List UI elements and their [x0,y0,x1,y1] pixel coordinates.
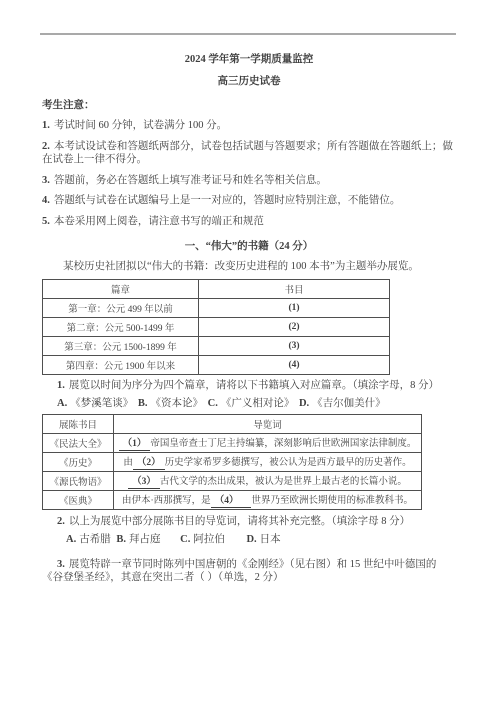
guide-caption-4: 由伊本·西那撰写，是（4）世界乃至欧洲长期使用的标准教科书。 [114,490,422,509]
chapter-4-label: 第四章：公元 1900 年以来 [43,355,199,374]
guide-table-row-1: 《民法大全》 （1）帝国皇帝查士丁尼主持编纂，深刻影响后世欧洲国家法律制度。 [43,433,422,452]
notice-item-2-number: 2. [42,141,50,152]
question-1-option-d: D.《吉尔伽美什》 [299,397,386,411]
question-2-option-b: B.拜占庭 [116,533,160,547]
guide-table-row-2: 《历史》 由（2）历史学家希罗多德撰写，被公认为是西方最早的历史著作。 [43,452,422,471]
chapters-table: 篇章 书目 第一章：公元 499 年以前 (1) 第二章：公元 500-1499… [42,279,390,375]
question-1-number: 1. [57,380,65,391]
guide-caption-1: （1）帝国皇帝查士丁尼主持编纂，深刻影响后世欧洲国家法律制度。 [114,433,422,452]
guide-table-header-caption: 导览词 [114,414,422,433]
notice-item-3-number: 3. [42,175,50,186]
option-c-label: C. [180,534,190,545]
guide-caption-2-post: 历史学家希罗多德撰写，被公认为是西方最早的历史著作。 [165,458,412,468]
chapters-table-row-4: 第四章：公元 1900 年以来 (4) [43,355,390,374]
notice-item-1-text: 考试时间 60 分钟，试卷满分 100 分。 [54,120,227,131]
guide-book-4: 《医典》 [43,490,114,509]
guide-caption-1-post: 帝国皇帝查士丁尼主持编纂，深刻影响后世欧洲国家法律制度。 [150,439,416,449]
guide-table-row-3: 《源氏物语》 （3）古代文学的杰出成果，被认为是世界上最古老的长篇小说。 [43,471,422,490]
option-b-label: B. [138,398,148,409]
question-2-option-a: A.古希腊 [66,533,111,547]
option-b-label: B. [116,534,126,545]
guide-table: 展陈书目 导览词 《民法大全》 （1）帝国皇帝查士丁尼主持编纂，深刻影响后世欧洲… [42,414,422,510]
notice-item-1-number: 1. [42,120,50,131]
question-2-option-d: D.日本 [246,533,280,547]
chapter-1-slot: (1) [199,298,390,317]
notice-item-5-number: 5. [42,216,50,227]
notice-item-5-text: 本卷采用网上阅卷，请注意书写的端正和规范 [54,216,264,227]
notice-item-2: 2.本考试设试卷和答题纸两部分，试卷包括试题与答题要求；所有答题做在答题纸上；做… [42,140,456,167]
chapters-table-header-books: 书目 [199,279,390,298]
notice-item-3: 3.答题前，务必在答题纸上填写准考证号和姓名等相关信息。 [42,174,456,188]
chapter-3-label: 第三章：公元 1500-1899 年 [43,336,199,355]
option-a-label: A. [57,398,67,409]
guide-caption-3: （3）古代文学的杰出成果，被认为是世界上最古老的长篇小说。 [114,471,422,490]
header-divider-line [40,33,456,35]
guide-caption-1-blank: （1） [119,439,151,451]
option-d-text: 日本 [260,534,281,545]
guide-book-3: 《源氏物语》 [43,471,114,490]
notice-item-3-text: 答题前，务必在答题纸上填写准考证号和姓名等相关信息。 [54,175,327,186]
question-2-text: 以上为展览中部分展陈书目的导览词，请将其补充完整。（填涂字母 8 分） [69,516,410,527]
notice-item-4-text: 答题纸与试卷在试题编号上是一一对应的，答题时应特别注意，不能错位。 [54,195,401,206]
guide-caption-3-post: 古代文学的杰出成果，被认为是世界上最古老的长篇小说。 [160,477,407,487]
guide-book-2: 《历史》 [43,452,114,471]
guide-caption-4-post: 世界乃至欧洲长期使用的标准教科书。 [251,496,413,506]
question-1-options: A.《梦溪笔谈》 B.《资本论》 C.《广义相对论》 D.《吉尔伽美什》 [42,397,456,411]
question-1-option-a: A.《梦溪笔谈》 [57,397,133,411]
question-2-option-c: C.阿拉伯 [180,533,225,547]
notice-heading: 考生注意： [42,99,456,112]
chapter-2-label: 第二章：公元 500-1499 年 [43,317,199,336]
notice-item-4: 4.答题纸与试卷在试题编号上是一一对应的，答题时应特别注意，不能错位。 [42,194,456,208]
question-3-text: 展览特辟一章节同时陈列中国唐朝的《金刚经》（见右图）和 15 世纪中叶德国的《谷… [42,559,436,584]
option-c-label: C. [208,398,218,409]
notice-item-1: 1.考试时间 60 分钟，试卷满分 100 分。 [42,119,456,133]
guide-caption-2: 由（2）历史学家希罗多德撰写，被公认为是西方最早的历史著作。 [114,452,422,471]
option-b-text: 拜占庭 [129,534,161,545]
question-3-number: 3. [57,559,65,570]
notice-item-4-number: 4. [42,195,50,206]
guide-book-1: 《民法大全》 [43,433,114,452]
doc-title: 2024 学年第一学期质量监控 [42,53,456,66]
section-title: 一、“伟大”的书籍（24 分） [42,240,456,253]
doc-subtitle: 高三历史试卷 [42,75,456,88]
guide-table-header-book: 展陈书目 [43,414,114,433]
notice-item-2-text: 本考试设试卷和答题纸两部分，试卷包括试题与答题要求；所有答题做在答题纸上；做在试… [42,141,453,166]
exam-document-page: 2024 学年第一学期质量监控 高三历史试卷 考生注意： 1.考试时间 60 分… [0,0,500,707]
chapters-table-header-chapter: 篇章 [43,279,199,298]
option-d-label: D. [246,534,256,545]
chapters-table-row-1: 第一章：公元 499 年以前 (1) [43,298,390,317]
chapter-1-label: 第一章：公元 499 年以前 [43,298,199,317]
option-d-label: D. [299,398,309,409]
guide-caption-3-blank: （3） [128,477,160,489]
question-3: 3.展览特辟一章节同时陈列中国唐朝的《金刚经》（见右图）和 15 世纪中叶德国的… [42,558,456,585]
chapter-4-slot: (4) [199,355,390,374]
option-a-text: 古希腊 [79,534,111,545]
guide-caption-2-blank: （2） [133,458,165,470]
guide-caption-2-pre: 由 [123,458,133,468]
question-2-options: A.古希腊 B.拜占庭 C.阿拉伯 D.日本 [42,533,456,547]
document-content: 2024 学年第一学期质量监控 高三历史试卷 考生注意： 1.考试时间 60 分… [0,53,500,585]
section-intro: 某校历史社团拟以“伟大的书籍：改变历史进程的 100 本书”为主题举办展览。 [42,260,456,274]
chapters-table-header-row: 篇章 书目 [43,279,390,298]
option-a-label: A. [66,534,76,545]
option-a-text: 《梦溪笔谈》 [70,398,133,409]
chapter-2-slot: (2) [199,317,390,336]
guide-table-row-4: 《医典》 由伊本·西那撰写，是（4）世界乃至欧洲长期使用的标准教科书。 [43,490,422,509]
option-d-text: 《吉尔伽美什》 [312,398,386,409]
question-2: 2.以上为展览中部分展陈书目的导览词，请将其补充完整。（填涂字母 8 分） [42,515,456,529]
notice-item-5: 5.本卷采用网上阅卷，请注意书写的端正和规范 [42,215,456,229]
guide-table-header-row: 展陈书目 导览词 [43,414,422,433]
chapters-table-row-3: 第三章：公元 1500-1899 年 (3) [43,336,390,355]
question-1-option-b: B.《资本论》 [138,397,203,411]
guide-caption-4-pre: 由伊本·西那撰写，是 [122,496,211,506]
option-c-text: 阿拉伯 [193,534,225,545]
chapter-3-slot: (3) [199,336,390,355]
question-1-option-c: C.《广义相对论》 [208,397,295,411]
option-b-text: 《资本论》 [150,398,203,409]
chapters-table-row-2: 第二章：公元 500-1499 年 (2) [43,317,390,336]
question-2-number: 2. [57,516,65,527]
question-1: 1.展览以时间为序分为四个篇章，请将以下书籍填入对应篇章。（填涂字母，8 分） [42,379,456,393]
guide-caption-4-blank: （4） [211,496,252,508]
question-1-text: 展览以时间为序分为四个篇章，请将以下书籍填入对应篇章。（填涂字母，8 分） [69,380,439,391]
option-c-text: 《广义相对论》 [221,398,295,409]
